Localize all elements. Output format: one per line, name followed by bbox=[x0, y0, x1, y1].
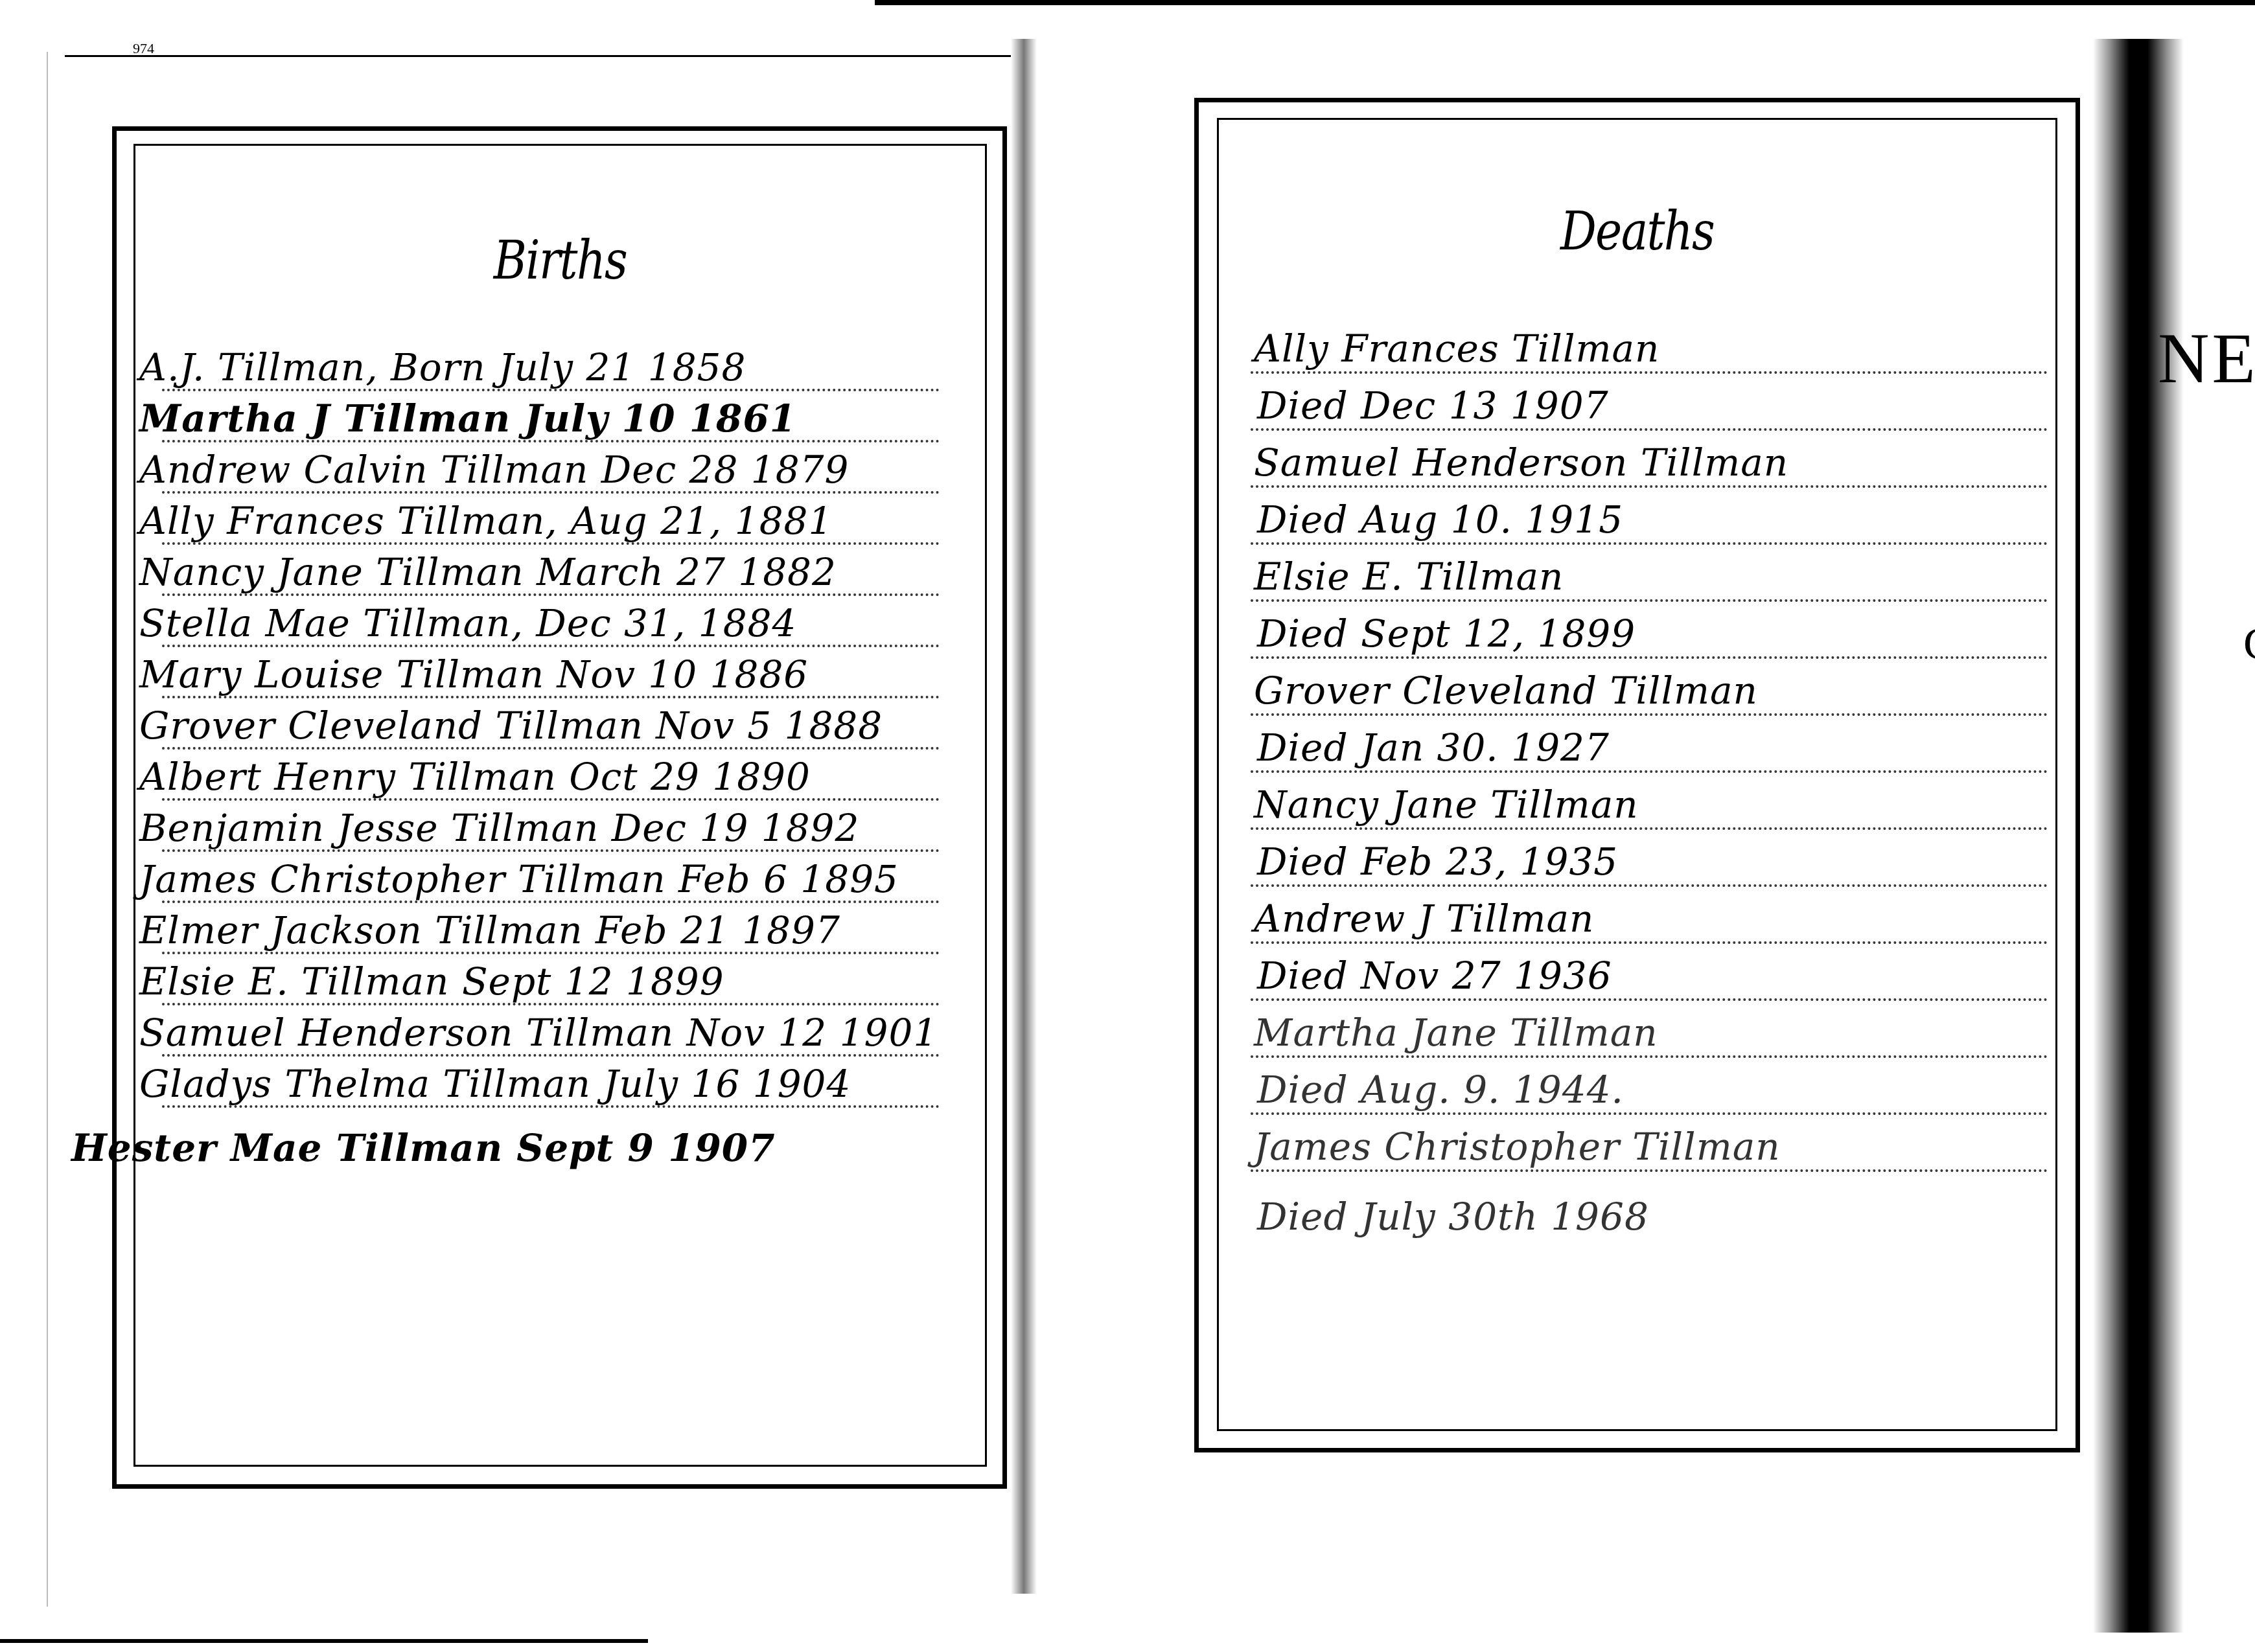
deaths-ruled-line bbox=[1251, 884, 2048, 887]
deaths-ruled-line bbox=[1251, 1169, 2048, 1172]
birth-date: Nov 12 1901 bbox=[674, 1011, 938, 1055]
birth-name: Martha J Tillman bbox=[139, 396, 511, 441]
book-spine bbox=[2093, 39, 2184, 1633]
birth-entry: Grover Cleveland Tillman Nov 5 1888 bbox=[139, 707, 883, 744]
birth-entry: Nancy Jane Tillman March 27 1882 bbox=[139, 553, 837, 591]
birth-entry: Benjamin Jesse Tillman Dec 19 1892 bbox=[139, 809, 859, 847]
death-date: Died July 30th 1968 bbox=[1257, 1198, 1649, 1235]
death-date: Died Sept 12, 1899 bbox=[1257, 615, 1636, 652]
birth-date: July 16 1904 bbox=[591, 1062, 851, 1106]
birth-entry: Ally Frances Tillman, Aug 21, 1881 bbox=[139, 502, 833, 540]
birth-entry: A.J. Tillman, Born July 21 1858 bbox=[139, 349, 746, 386]
birth-name: James Christopher Tillman bbox=[139, 857, 666, 901]
death-name: Grover Cleveland Tillman bbox=[1254, 672, 1758, 709]
death-date: Died Aug 10. 1915 bbox=[1257, 501, 1623, 538]
birth-date: March 27 1882 bbox=[524, 550, 837, 594]
birth-name: Albert Henry Tillman bbox=[139, 755, 557, 799]
birth-date: Sept 9 1907 bbox=[503, 1126, 776, 1170]
death-date: Died Nov 27 1936 bbox=[1257, 957, 1612, 994]
birth-date: July 21 1858 bbox=[486, 345, 746, 389]
birth-date: Nov 10 1886 bbox=[544, 652, 808, 696]
birth-entry: Albert Henry Tillman Oct 29 1890 bbox=[139, 758, 811, 796]
birth-date: Dec 31, 1884 bbox=[524, 601, 796, 645]
birth-date: Feb 6 1895 bbox=[666, 857, 899, 901]
death-name: Ally Frances Tillman bbox=[1254, 330, 1659, 367]
birth-name: Ally Frances Tillman, bbox=[139, 499, 558, 543]
deaths-ruled-line bbox=[1251, 428, 2048, 431]
birth-entry: Elmer Jackson Tillman Feb 21 1897 bbox=[139, 912, 840, 949]
birth-name: Benjamin Jesse Tillman bbox=[139, 806, 599, 850]
deaths-ruled-line bbox=[1251, 656, 2048, 659]
deaths-ruled-line bbox=[1251, 713, 2048, 716]
facing-page-letter: C bbox=[2243, 619, 2255, 671]
scan-edge-bottom bbox=[0, 1639, 648, 1643]
birth-name: Elmer Jackson Tillman bbox=[139, 908, 583, 952]
birth-entry: Elsie E. Tillman Sept 12 1899 bbox=[139, 963, 724, 1000]
death-date: Died Feb 23, 1935 bbox=[1257, 843, 1618, 880]
scan-edge-top bbox=[875, 0, 2255, 5]
birth-entry: James Christopher Tillman Feb 6 1895 bbox=[139, 860, 899, 898]
birth-date: Dec 28 1879 bbox=[588, 448, 849, 492]
deaths-ruled-line bbox=[1251, 599, 2048, 602]
birth-name: Samuel Henderson Tillman bbox=[139, 1011, 674, 1055]
birth-name: Elsie E. Tillman bbox=[139, 959, 449, 1004]
birth-entry: Gladys Thelma Tillman July 16 1904 bbox=[139, 1065, 851, 1103]
birth-date: Nov 5 1888 bbox=[643, 704, 883, 748]
death-name: Samuel Henderson Tillman bbox=[1254, 444, 1788, 481]
death-name: Martha Jane Tillman bbox=[1254, 1014, 1658, 1051]
births-inner-frame bbox=[133, 144, 987, 1467]
births-title: Births bbox=[198, 230, 923, 292]
birth-entry: Stella Mae Tillman, Dec 31, 1884 bbox=[139, 604, 796, 642]
deaths-ruled-line bbox=[1251, 770, 2048, 773]
facing-page-heading: NE bbox=[2158, 317, 2255, 400]
birth-date: July 10 1861 bbox=[511, 396, 796, 441]
birth-name: Mary Louise Tillman bbox=[139, 652, 544, 696]
page-edge-shadow bbox=[1011, 39, 1037, 1594]
birth-name: Nancy Jane Tillman bbox=[139, 550, 524, 594]
deaths-ruled-line bbox=[1251, 1055, 2048, 1058]
birth-entry: Hester Mae Tillman Sept 9 1907 bbox=[71, 1129, 776, 1167]
scan-edge-left bbox=[47, 52, 48, 1607]
deaths-title: Deaths bbox=[1280, 201, 1994, 262]
birth-name: Andrew Calvin Tillman bbox=[139, 448, 588, 492]
birth-name: Stella Mae Tillman, bbox=[139, 601, 524, 645]
death-date: Died Dec 13 1907 bbox=[1257, 387, 1609, 424]
birth-entry: Martha J Tillman July 10 1861 bbox=[139, 400, 796, 437]
death-date: Died Jan 30. 1927 bbox=[1257, 729, 1610, 766]
birth-entry: Andrew Calvin Tillman Dec 28 1879 bbox=[139, 451, 849, 488]
birth-entry: Samuel Henderson Tillman Nov 12 1901 bbox=[139, 1014, 938, 1051]
deaths-ruled-line bbox=[1251, 827, 2048, 830]
birth-date: Sept 12 1899 bbox=[449, 959, 724, 1004]
death-name: Nancy Jane Tillman bbox=[1254, 786, 1639, 823]
deaths-ruled-line bbox=[1251, 1112, 2048, 1115]
birth-entry: Mary Louise Tillman Nov 10 1886 bbox=[139, 656, 808, 693]
birth-date: Dec 19 1892 bbox=[599, 806, 859, 850]
deaths-ruled-line bbox=[1251, 941, 2048, 944]
deaths-ruled-line bbox=[1251, 542, 2048, 545]
deaths-ruled-line bbox=[1251, 998, 2048, 1001]
birth-name: Hester Mae Tillman bbox=[71, 1126, 503, 1170]
deaths-ruled-line bbox=[1251, 485, 2048, 488]
birth-date: Oct 29 1890 bbox=[557, 755, 811, 799]
header-rule bbox=[65, 55, 1030, 57]
birth-date: Feb 21 1897 bbox=[583, 908, 840, 952]
birth-name: A.J. Tillman, Born bbox=[139, 345, 486, 389]
birth-date: Aug 21, 1881 bbox=[558, 499, 833, 543]
birth-name: Gladys Thelma Tillman bbox=[139, 1062, 591, 1106]
death-name: Elsie E. Tillman bbox=[1254, 558, 1564, 595]
deaths-ruled-line bbox=[1251, 371, 2048, 374]
death-date: Died Aug. 9. 1944. bbox=[1257, 1071, 1624, 1108]
death-name: James Christopher Tillman bbox=[1254, 1128, 1781, 1165]
birth-name: Grover Cleveland Tillman bbox=[139, 704, 643, 748]
death-name: Andrew J Tillman bbox=[1254, 900, 1594, 937]
